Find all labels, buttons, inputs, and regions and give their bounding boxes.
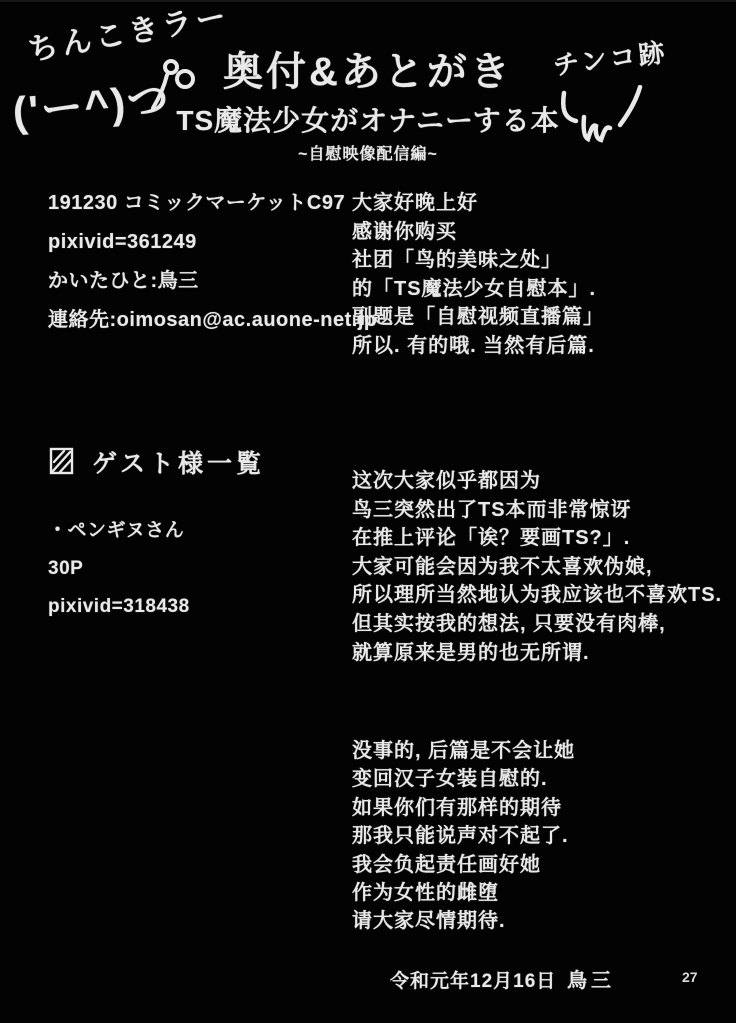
- afterword-paragraph-2: 没事的, 后篇是不会让她 变回汉子女装自慰的. 如果你们有那样的期待 那我只能说…: [352, 737, 575, 936]
- guest-page-count: 30P: [48, 550, 190, 588]
- paragraph-line: 变回汉子女装自慰的.: [352, 765, 575, 793]
- author-signature: 鳥三: [567, 964, 615, 993]
- paragraph-line: 的「TS魔法少女自慰本」.: [352, 275, 604, 304]
- paragraph-line: 那我只能说声对不起了.: [352, 822, 575, 850]
- paragraph-line: 社团「鸟的美味之处」: [352, 246, 604, 275]
- paragraph-line: 请大家尽情期待.: [352, 907, 575, 935]
- page-number: 27: [682, 969, 698, 985]
- paragraph-line: 如果你们有那样的期待: [352, 794, 575, 822]
- guest-list-entries: ・ペンギヌさん 30P pixivid=318438: [48, 512, 190, 626]
- paragraph-line: 作为女性的雌堕: [352, 879, 575, 907]
- paragraph-line: 感谢你购买: [352, 218, 604, 247]
- scan-artifact-line: [0, 0, 736, 2]
- paragraph-line: 所以理所当然地认为我应该也不喜欢TS.: [352, 581, 722, 610]
- guest-name: ・ペンギヌさん: [48, 512, 190, 550]
- paragraph-line: 大家可能会因为我不太喜欢伪娘,: [352, 553, 722, 582]
- author-pixiv-id: pixivid=361249: [48, 223, 377, 262]
- paragraph-line: 在推上评论「诶？要画TS?」.: [352, 524, 722, 553]
- doujinshi-colophon-page: ちんこきラー ('ー^)つ 奥付&あとがき TS魔法少女がオナニーする本 ~自慰…: [0, 0, 736, 1023]
- paragraph-line: 大家好晚上好: [352, 189, 604, 218]
- paragraph-line: 但其实按我的想法, 只要没有肉棒,: [352, 610, 722, 639]
- paragraph-line: 副题是「自慰视频直播篇」: [352, 303, 604, 332]
- publication-info: 191230 コミックマーケットC97 pixivid=361249 かいたひと…: [48, 184, 377, 340]
- publication-date: 令和元年12月16日: [390, 966, 556, 993]
- afterword-paragraph-1: 这次大家似乎都因为 鸟三突然出了TS本而非常惊讶 在推上评论「诶？要画TS?」.…: [352, 467, 722, 667]
- paragraph-line: 没事的, 后篇是不会让她: [352, 737, 575, 765]
- paragraph-line: 就算原来是男的也无所谓.: [352, 639, 722, 668]
- paragraph-line: 鸟三突然出了TS本而非常惊讶: [352, 496, 722, 525]
- scribble-doodle-icon: [550, 85, 650, 165]
- greeting-paragraph: 大家好晚上好 感谢你购买 社团「鸟的美味之处」 的「TS魔法少女自慰本」. 副题…: [352, 189, 604, 360]
- author-credit: かいたひと:鳥三: [48, 262, 377, 301]
- guest-list-heading: ゲスト様一覧: [92, 444, 265, 480]
- paragraph-line: 所以. 有的哦. 当然有后篇.: [352, 332, 604, 361]
- event-date-line: 191230 コミックマーケットC97: [48, 184, 377, 223]
- paragraph-line: 我会负起责任画好她: [352, 851, 575, 879]
- hatched-box-icon: [48, 446, 76, 476]
- paragraph-line: 这次大家似乎都因为: [352, 467, 722, 496]
- contact-email: 連絡先:oimosan@ac.auone-net.jp: [48, 301, 377, 340]
- guest-pixiv-id: pixivid=318438: [48, 588, 190, 626]
